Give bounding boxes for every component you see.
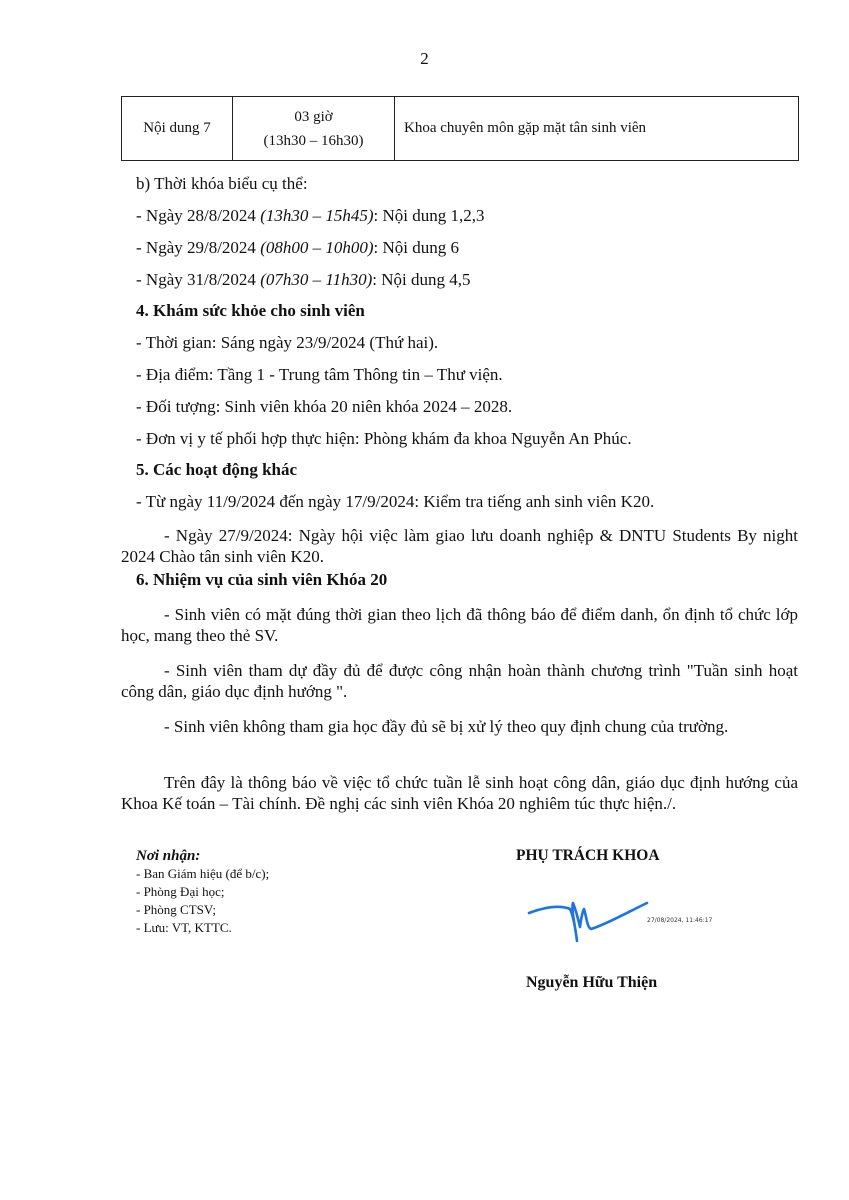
section4-item: - Đối tượng: Sinh viên khóa 20 niên khóa…	[136, 397, 512, 417]
timetable-item: - Ngày 28/8/2024 (13h30 – 15h45): Nội du…	[136, 206, 485, 226]
section5-item: - Ngày 27/9/2024: Ngày hội việc làm giao…	[121, 525, 798, 567]
timetable-item: - Ngày 29/8/2024 (08h00 – 10h00): Nội du…	[136, 238, 459, 258]
signature-icon	[525, 895, 655, 945]
section6-item: - Sinh viên có mặt đúng thời gian theo l…	[121, 604, 798, 646]
description-cell: Khoa chuyên môn gặp mặt tân sinh viên	[395, 97, 799, 161]
timetable-date: - Ngày 29/8/2024	[136, 238, 260, 257]
section6-item: - Sinh viên tham dự đầy đủ để được công …	[121, 660, 798, 702]
time-range-text: (13h30 – 16h30)	[233, 129, 394, 153]
timetable-date: - Ngày 28/8/2024	[136, 206, 260, 225]
recipient-item: - Ban Giám hiệu (để b/c);	[136, 865, 269, 883]
page-number: 2	[0, 49, 849, 69]
section6-item: - Sinh viên không tham gia học đầy đủ sẽ…	[121, 716, 798, 737]
duration-text: 03 giờ	[233, 105, 394, 129]
signature-timestamp: 27/08/2024, 11:46:17	[647, 917, 712, 924]
recipients-title: Nơi nhận:	[136, 847, 269, 865]
section6-heading: 6. Nhiệm vụ của sinh viên Khóa 20	[136, 570, 387, 590]
duration-cell: 03 giờ (13h30 – 16h30)	[233, 97, 395, 161]
recipient-item: - Phòng Đại học;	[136, 883, 269, 901]
content-cell: Nội dung 7	[122, 97, 233, 161]
signer-name: Nguyễn Hữu Thiện	[526, 974, 657, 992]
timetable-item: - Ngày 31/8/2024 (07h30 – 11h30): Nội du…	[136, 270, 470, 290]
section5-heading: 5. Các hoạt động khác	[136, 460, 297, 480]
recipient-item: - Lưu: VT, KTTC.	[136, 919, 269, 937]
timetable-content: : Nội dung 6	[374, 238, 459, 257]
section5-item: - Từ ngày 11/9/2024 đến ngày 17/9/2024: …	[136, 492, 654, 512]
closing-paragraph: Trên đây là thông báo về việc tổ chức tu…	[121, 772, 798, 814]
timetable-time: (08h00 – 10h00)	[260, 238, 373, 257]
section4-item: - Đơn vị y tế phối hợp thực hiện: Phòng …	[136, 429, 632, 449]
signer-title: PHỤ TRÁCH KHOA	[516, 847, 660, 865]
section4-heading: 4. Khám sức khỏe cho sinh viên	[136, 301, 365, 321]
section4-item: - Thời gian: Sáng ngày 23/9/2024 (Thứ ha…	[136, 333, 438, 353]
recipients-block: Nơi nhận: - Ban Giám hiệu (để b/c); - Ph…	[136, 847, 269, 937]
timetable-time: (07h30 – 11h30)	[260, 270, 372, 289]
timetable-content: : Nội dung 1,2,3	[374, 206, 485, 225]
timetable-time: (13h30 – 15h45)	[260, 206, 373, 225]
schedule-table: Nội dung 7 03 giờ (13h30 – 16h30) Khoa c…	[121, 96, 799, 161]
timetable-heading: b) Thời khóa biểu cụ thể:	[136, 174, 308, 194]
timetable-date: - Ngày 31/8/2024	[136, 270, 260, 289]
recipient-item: - Phòng CTSV;	[136, 901, 269, 919]
section4-item: - Địa điểm: Tầng 1 - Trung tâm Thông tin…	[136, 365, 503, 385]
timetable-content: : Nội dung 4,5	[372, 270, 470, 289]
table-row: Nội dung 7 03 giờ (13h30 – 16h30) Khoa c…	[122, 97, 799, 161]
